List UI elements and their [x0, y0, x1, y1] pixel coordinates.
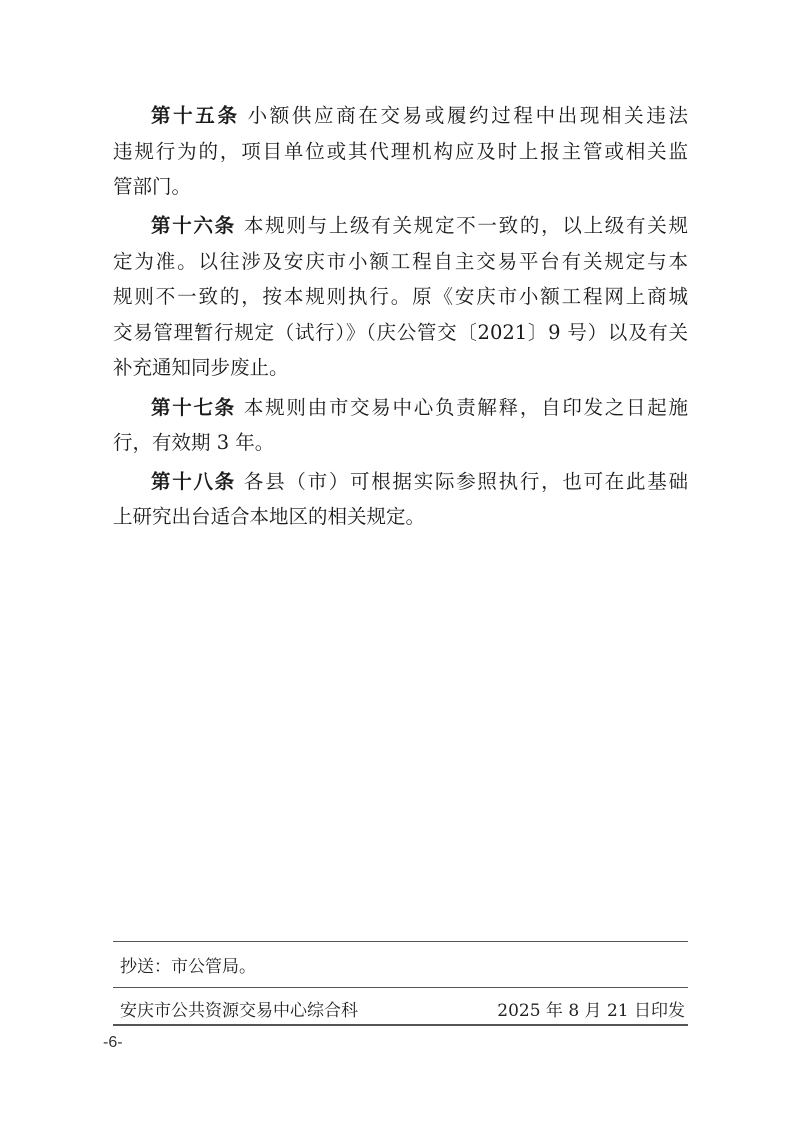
- article-15-line-2: 违规行为的，项目单位或其代理机构应及时上报主管或相关监: [113, 134, 688, 170]
- footer-rule-bottom: [113, 1024, 688, 1026]
- article-16-line-4: 交易管理暂行规定（试行）》（庆公管交〔2021〕9 号）以及有关: [113, 315, 688, 351]
- article-16-line-5: 补充通知同步废止。: [113, 350, 688, 386]
- page-number: -6-: [103, 1034, 123, 1052]
- article-18-label: 第十八条: [151, 470, 236, 493]
- article-17-line-2: 行，有效期 3 年。: [113, 425, 688, 461]
- article-16-label: 第十六条: [151, 214, 236, 237]
- article-16-line-3: 规则不一致的，按本规则执行。原《安庆市小额工程网上商城: [113, 279, 688, 315]
- article-15-line-1: 第十五条小额供应商在交易或履约过程中出现相关违法: [151, 98, 688, 134]
- article-15-line-3: 管部门。: [113, 169, 688, 205]
- footer-rule-middle: [113, 987, 688, 988]
- article-18-line-2: 上研究出台适合本地区的相关规定。: [113, 499, 688, 535]
- article-15-label: 第十五条: [151, 104, 240, 127]
- article-18-line-1: 第十八条各县（市）可根据实际参照执行，也可在此基础: [151, 464, 688, 500]
- issue-date: 2025 年 8 月 21 日印发: [497, 999, 685, 1023]
- cc-value: 市公管局。: [171, 957, 256, 977]
- article-17-label: 第十七条: [151, 396, 236, 419]
- footer-rule-top: [113, 941, 688, 942]
- article-16-line-2: 定为准。以往涉及安庆市小额工程自主交易平台有关规定与本: [113, 244, 688, 280]
- document-page: 第十五条小额供应商在交易或履约过程中出现相关违法 违规行为的，项目单位或其代理机…: [0, 0, 793, 1122]
- cc-label: 抄送：: [120, 957, 171, 977]
- cc-line: 抄送：市公管局。: [120, 955, 256, 979]
- issuer: 安庆市公共资源交易中心综合科: [120, 999, 358, 1023]
- article-16-line-1: 第十六条本规则与上级有关规定不一致的，以上级有关规: [151, 208, 688, 244]
- article-17-line-1: 第十七条本规则由市交易中心负责解释，自印发之日起施: [151, 390, 688, 426]
